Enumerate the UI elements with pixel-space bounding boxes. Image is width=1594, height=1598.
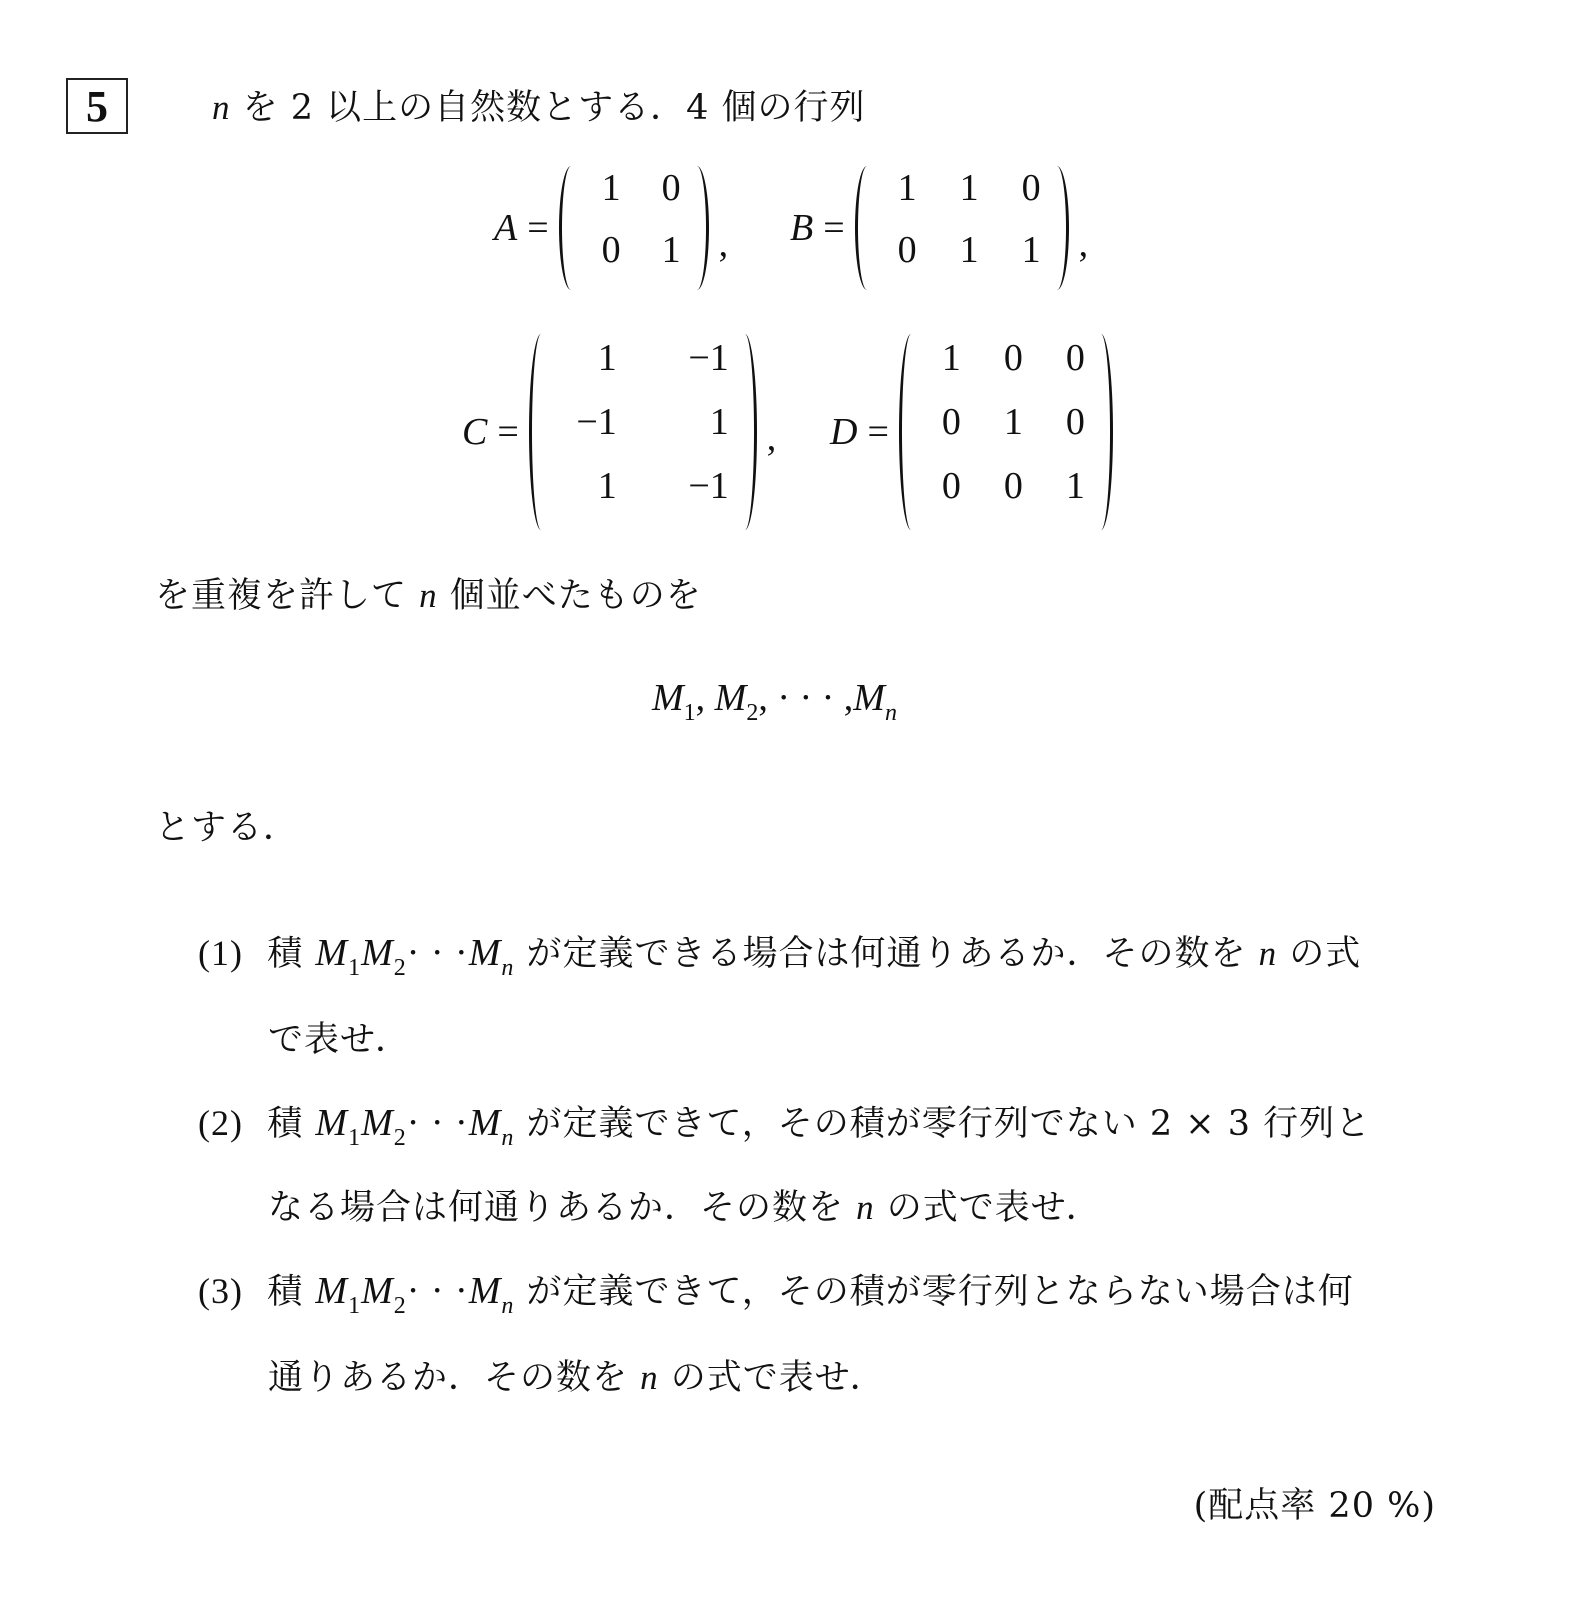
sentence-text: を重複を許して [155, 576, 407, 616]
question-text: の式で表せ． [671, 1358, 886, 1398]
matrix-b-grid: 1 1 0 0 1 1 [879, 166, 1045, 290]
subscript: 2 [746, 700, 758, 726]
question-2-line-2: なる場合は何通りあるか．その数を n の式で表せ． [268, 1180, 1102, 1230]
comma: , [696, 677, 706, 719]
matrix-cell: 1 [917, 166, 979, 228]
left-paren [899, 334, 923, 530]
comma: , [719, 222, 729, 290]
symbol-m: M [469, 1102, 502, 1144]
matrix-d: 1 0 0 0 1 0 0 0 1 [899, 334, 1113, 530]
matrix-c-grid: 1 −1 −1 1 1 −1 [553, 336, 733, 528]
question-3-line-2: 通りあるか．その数を n の式で表せ． [268, 1350, 886, 1400]
matrix-cell: 1 [557, 336, 617, 400]
subscript: n [501, 1125, 514, 1151]
matrix-cell: −1 [617, 464, 729, 528]
symbol-m: M [853, 677, 885, 719]
matrix-sequence: M1, M2, · · · ,Mn [652, 676, 897, 720]
question-1-line-1: (1) 積 M1M2· · ·Mn が定義できる場合は何通りあるか．その数を n… [198, 926, 1361, 976]
matrix-cell: 1 [617, 400, 729, 464]
matrix-cell: 1 [927, 336, 961, 400]
right-paren [1045, 166, 1069, 290]
matrix-c-expression: C = 1 −1 −1 1 1 −1 , [462, 334, 828, 530]
question-prefix: 積 [267, 934, 303, 974]
comma: , [758, 677, 768, 719]
question-1-line-2: で表せ． [268, 1012, 411, 1062]
equals-sign: = [867, 410, 888, 454]
matrix-b-expression: B = 1 1 0 0 1 1 , [790, 166, 1088, 290]
problem-number: 5 [86, 81, 108, 132]
equals-sign: = [527, 206, 548, 250]
matrix-cell: −1 [617, 336, 729, 400]
symbol-m: M [469, 1270, 502, 1312]
question-text: が定義できる場合は何通りあるか．その数を [526, 934, 1246, 974]
ellipsis: · · · [777, 677, 834, 719]
intro-line: n を 2 以上の自然数とする．4 個の行列 [212, 80, 866, 130]
question-text: 通りあるか．その数を [268, 1358, 628, 1398]
right-paren [733, 334, 757, 530]
sentence-define: とする． [155, 800, 299, 850]
equals-sign: = [497, 410, 518, 454]
matrix-cell: 0 [961, 464, 1023, 528]
matrix-a-grid: 1 0 0 1 [583, 166, 685, 290]
question-text: が定義できて，その積が零行列でない 2 × 3 行列と [526, 1104, 1371, 1144]
symbol-m: M [652, 677, 684, 719]
comma: , [844, 677, 854, 719]
subscript: 1 [348, 1125, 361, 1151]
question-2-line-1: (2) 積 M1M2· · ·Mn が定義できて，その積が零行列でない 2 × … [198, 1096, 1371, 1146]
subscript: n [501, 955, 514, 981]
subscript: 2 [394, 1125, 407, 1151]
problem-number-box: 5 [66, 78, 128, 134]
matrix-c: 1 −1 −1 1 1 −1 [529, 334, 757, 530]
matrix-cell: 0 [979, 166, 1041, 228]
matrix-cell: 0 [1023, 336, 1085, 400]
subscript: n [501, 1293, 514, 1319]
matrix-cell: 0 [587, 228, 621, 290]
matrix-cell: 1 [621, 228, 681, 290]
matrix-a-label: A [494, 206, 517, 250]
matrix-cell: 1 [883, 166, 917, 228]
question-label: (1) [198, 933, 243, 973]
symbol-m: M [315, 932, 348, 974]
matrix-d-grid: 1 0 0 0 1 0 0 0 1 [923, 336, 1089, 528]
question-prefix: 積 [267, 1272, 303, 1312]
question-3-line-1: (3) 積 M1M2· · ·Mn が定義できて，その積が零行列とならない場合は… [198, 1264, 1354, 1314]
matrix-cell: 1 [917, 228, 979, 290]
matrix-a-expression: A = 1 0 0 1 , [494, 166, 780, 290]
subscript: 1 [348, 955, 361, 981]
matrix-a: 1 0 0 1 [559, 166, 709, 290]
question-text: なる場合は何通りあるか．その数を [268, 1188, 844, 1228]
matrix-cell: 1 [979, 228, 1041, 290]
matrix-cell: 1 [961, 400, 1023, 464]
variable-n: n [419, 576, 438, 615]
question-text: の式で表せ． [887, 1188, 1102, 1228]
right-paren [685, 166, 709, 290]
right-paren [1089, 334, 1113, 530]
ellipsis: · · · [407, 1102, 469, 1144]
question-label: (3) [198, 1271, 243, 1311]
symbol-m: M [715, 677, 747, 719]
matrix-c-label: C [462, 410, 487, 454]
matrix-cell: 0 [621, 166, 681, 228]
intro-text: を 2 以上の自然数とする．4 個の行列 [243, 88, 866, 128]
subscript: n [885, 700, 897, 726]
score-note: (配点率 20 %) [1194, 1478, 1436, 1528]
matrix-b-label: B [790, 206, 813, 250]
matrix-cell: 0 [927, 400, 961, 464]
variable-n: n [856, 1188, 875, 1227]
matrix-cell: 1 [557, 464, 617, 528]
matrix-d-label: D [830, 410, 857, 454]
variable-n: n [640, 1358, 659, 1397]
product-expression: M1M2· · ·Mn [315, 1102, 514, 1144]
question-prefix: 積 [267, 1104, 303, 1144]
matrix-cell: 0 [883, 228, 917, 290]
question-text: が定義できて，その積が零行列とならない場合は何 [526, 1272, 1353, 1312]
subscript: 1 [348, 1293, 361, 1319]
ellipsis: · · · [407, 932, 469, 974]
equals-sign: = [823, 206, 844, 250]
matrix-cell: 1 [1023, 464, 1085, 528]
product-expression: M1M2· · ·Mn [315, 932, 514, 974]
matrix-cell: 1 [587, 166, 621, 228]
symbol-m: M [361, 932, 394, 974]
matrix-cell: 0 [961, 336, 1023, 400]
matrix-d-expression: D = 1 0 0 0 1 0 0 0 1 [830, 334, 1113, 530]
symbol-m: M [469, 932, 502, 974]
symbol-m: M [315, 1270, 348, 1312]
sentence-text: 個並べたものを [450, 576, 702, 616]
left-paren [529, 334, 553, 530]
symbol-m: M [361, 1270, 394, 1312]
comma: , [1079, 222, 1089, 290]
question-text: の式 [1289, 934, 1361, 974]
product-expression: M1M2· · ·Mn [315, 1270, 514, 1312]
matrix-cell: 0 [927, 464, 961, 528]
left-paren [559, 166, 583, 290]
matrix-b: 1 1 0 0 1 1 [855, 166, 1069, 290]
left-paren [855, 166, 879, 290]
matrix-cell: 0 [1023, 400, 1085, 464]
variable-n: n [212, 88, 231, 127]
subscript: 1 [684, 700, 696, 726]
variable-n: n [1259, 934, 1278, 973]
subscript: 2 [394, 1293, 407, 1319]
question-label: (2) [198, 1103, 243, 1143]
sentence-arrange: を重複を許して n 個並べたものを [155, 568, 702, 618]
subscript: 2 [394, 955, 407, 981]
matrix-cell: −1 [557, 400, 617, 464]
symbol-m: M [361, 1102, 394, 1144]
symbol-m: M [315, 1102, 348, 1144]
comma: , [767, 416, 777, 530]
ellipsis: · · · [407, 1270, 469, 1312]
